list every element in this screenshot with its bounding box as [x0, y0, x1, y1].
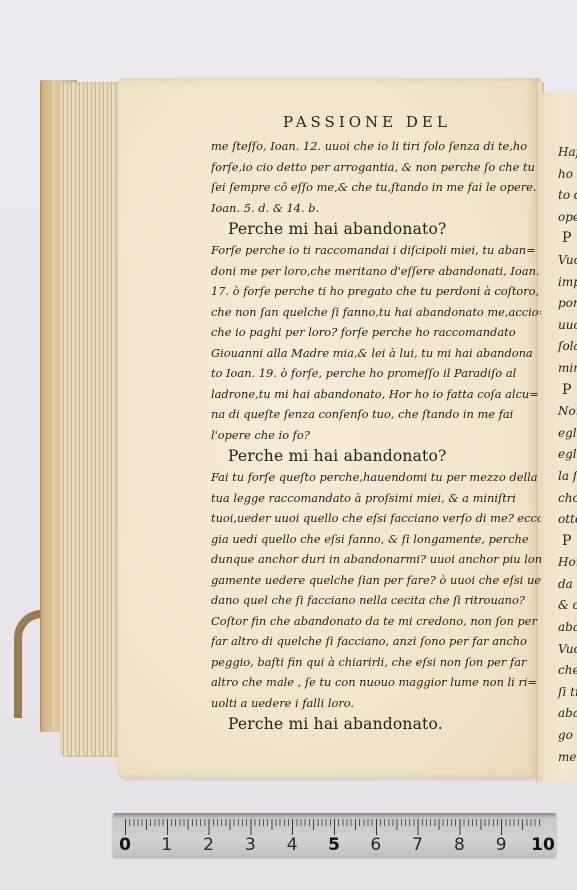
section-heading-fragment: P — [558, 380, 577, 402]
text-line-fragment: ho da — [558, 164, 577, 186]
right-page-partial: Haſsho dato daoperPVuoiimpaponguuoiſolaz… — [542, 92, 577, 782]
ruler-label: 10 — [531, 835, 555, 855]
text-line-fragment: uuoi — [558, 315, 577, 337]
text-line-fragment: Vuo — [558, 639, 577, 661]
text-line-fragment: mini — [558, 358, 577, 380]
ruler-label: 8 — [454, 835, 465, 855]
page-body-text: me ſteſſo, Ioan. 12. uuoi che io li tiri… — [211, 136, 541, 735]
text-line: to Ioan. 19. ò forſe, perche ho promeſſo… — [211, 363, 541, 384]
page-block-edges — [60, 82, 122, 757]
text-line-fragment: pong — [558, 293, 577, 315]
ruler-label: 2 — [203, 835, 214, 855]
text-line: me ſteſſo, Ioan. 12. uuoi che io li tiri… — [211, 136, 541, 157]
section-heading: Perche mi hai abandonato? — [211, 445, 541, 467]
text-line-fragment: oper — [558, 207, 577, 229]
section-heading-fragment: P — [558, 228, 577, 250]
text-line-fragment: Haſs — [558, 142, 577, 164]
text-line-fragment: go r — [558, 725, 577, 747]
text-line: tuoi,ueder uuoi quello che eſsi facciano… — [211, 508, 541, 529]
text-line-fragment: Non — [558, 401, 577, 423]
text-line-fragment: la ſp — [558, 466, 577, 488]
running-head: PASSIONE DEL — [283, 113, 451, 131]
text-line-fragment: to da — [558, 185, 577, 207]
text-line: Forſe perche io ti raccomandai i diſcipo… — [211, 240, 541, 261]
text-line: peggio, baſti fin qui à chiarirli, che e… — [211, 652, 541, 673]
ruler-major-ticks — [125, 819, 543, 835]
text-line: Coſtor fin che abandonato da te mi credo… — [211, 611, 541, 632]
ruler-label: 5 — [328, 835, 340, 855]
text-line: che non ſan quelche ſi fanno,tu hai aban… — [211, 302, 541, 323]
text-line-fragment: aban — [558, 617, 577, 639]
text-line: forſe,io cio detto per arrogantia, & non… — [211, 157, 541, 178]
ruler-labels: 012345678910 — [113, 835, 556, 855]
scale-ruler: 012345678910 — [113, 813, 556, 857]
text-line-fragment: aba — [558, 703, 577, 725]
text-line: 17. ò forſe perche ti ho pregato che tu … — [211, 281, 541, 302]
text-line-fragment: chor — [558, 488, 577, 510]
section-heading-fragment: P — [558, 531, 577, 553]
text-line: Giouanni alla Madre mia,& lei à lui, tu … — [211, 343, 541, 364]
text-line-fragment: ſolaz — [558, 336, 577, 358]
text-line: ladrone,tu mi hai abandonato, Hor ho io … — [211, 384, 541, 405]
right-page-text: Haſsho dato daoperPVuoiimpaponguuoiſolaz… — [558, 142, 577, 768]
text-line: tua legge raccomandato à proſsimi miei, … — [211, 488, 541, 509]
text-line-fragment: men — [558, 747, 577, 769]
ruler-label: 9 — [496, 835, 507, 855]
text-line: ſei ſempre cō eſſo me,& che tu,ſtando in… — [211, 177, 541, 198]
text-line: che io paghi per loro? forſe perche ho r… — [211, 322, 541, 343]
section-heading: Perche mi hai abandonato? — [211, 218, 541, 240]
ruler-label: 3 — [245, 835, 256, 855]
text-line-fragment: ſi tr — [558, 682, 577, 704]
text-line-fragment: Vuoi — [558, 250, 577, 272]
text-line-fragment: otten — [558, 509, 577, 531]
text-line: far altro di quelche ſi facciano, anzi ſ… — [211, 631, 541, 652]
text-line-fragment: & c — [558, 595, 577, 617]
ruler-label: 1 — [161, 835, 172, 855]
ruler-label: 7 — [412, 835, 423, 855]
ruler-label: 4 — [287, 835, 298, 855]
text-line: dano quel che ſi facciano nella cecita c… — [211, 590, 541, 611]
text-line: gamente uedere quelche ſian per fare? ò … — [211, 570, 541, 591]
text-line: doni me per loro,che meritano d'eſſere a… — [211, 261, 541, 282]
text-line: dunque anchor duri in abandonarmi? uuoi … — [211, 549, 541, 570]
text-line-fragment: Hor — [558, 552, 577, 574]
section-heading: Perche mi hai abandonato. — [211, 713, 541, 735]
text-line: l'opere che io fo? — [211, 425, 541, 446]
text-line: Ioan. 5. d. & 14. b. — [211, 198, 541, 219]
text-line-fragment: egli — [558, 423, 577, 445]
text-line: Fai tu forſe queſto perche,hauendomi tu … — [211, 467, 541, 488]
text-line: gia uedi quello che eſsi fanno, & ſi lon… — [211, 529, 541, 550]
ruler-label: 0 — [119, 835, 131, 855]
book-photograph: Haſsho dato daoperPVuoiimpaponguuoiſolaz… — [0, 0, 577, 890]
text-line: na di queſte ſenza conſenſo tuo, che ſta… — [211, 404, 541, 425]
text-line-fragment: che i — [558, 660, 577, 682]
text-line-fragment: impa — [558, 272, 577, 294]
text-line: altro che male , ſe tu con nuouo maggior… — [211, 672, 541, 693]
text-line-fragment: egli — [558, 444, 577, 466]
text-line-fragment: da m — [558, 574, 577, 596]
text-line: uolti a uedere i falli loro. — [211, 693, 541, 714]
ruler-label: 6 — [370, 835, 381, 855]
